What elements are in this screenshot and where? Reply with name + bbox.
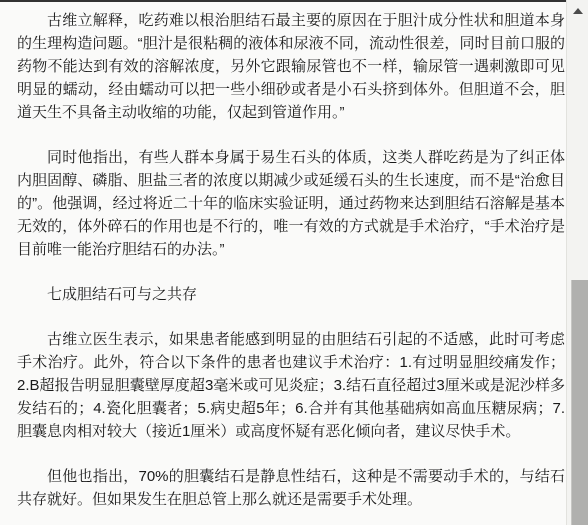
scroll-up-icon [573,8,583,14]
paragraph: 同时他指出，有些人群本身属于易生石头的体质，这类人群吃药是为了纠正体内胆固醇、磷… [17,146,565,261]
paragraph: 但他也指出，70%的胆囊结石是静息性结石，这种是不需要动手术的，与结石共存就好。… [17,465,565,511]
scrollbar-thumb[interactable] [571,280,588,525]
scroll-up-button[interactable] [567,0,588,18]
paragraph: 古维立解释，吃药难以根治胆结石最主要的原因在于胆汁成分性状和胆道本身的生理构造问… [17,9,565,124]
paragraph: 古维立医生表示，如果患者能感到明显的由胆结石引起的不适感，此时可考虑手术治疗。此… [17,328,565,443]
vertical-scrollbar[interactable] [566,0,588,525]
article-body: 古维立解释，吃药难以根治胆结石最主要的原因在于胆汁成分性状和胆道本身的生理构造问… [0,2,566,525]
section-heading: 七成胆结石可与之共存 [17,283,565,306]
